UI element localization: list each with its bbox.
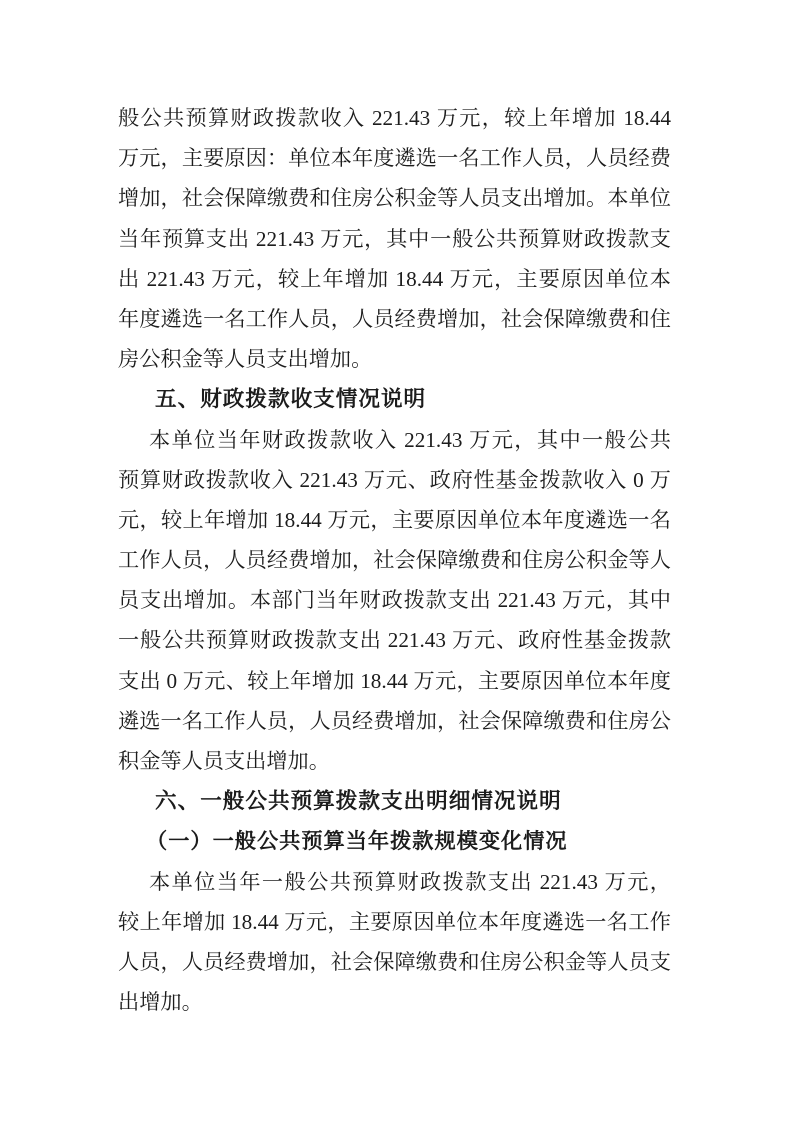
section6-subheading: （一）一般公共预算当年拨款规模变化情况 bbox=[118, 821, 671, 861]
text-line: 人员，人员经费增加，社会保障缴费和住房公积金等人员支 bbox=[118, 942, 671, 982]
text-line: 般公共预算财政拨款收入 221.43 万元，较上年增加 18.44 bbox=[118, 98, 671, 138]
text-line: 房公积金等人员支出增加。 bbox=[118, 339, 671, 379]
text-line: 工作人员，人员经费增加，社会保障缴费和住房公积金等人 bbox=[118, 540, 671, 580]
text-block: 般公共预算财政拨款收入 221.43 万元，较上年增加 18.44 万元，主要原… bbox=[118, 98, 671, 1022]
text-line: 元，较上年增加 18.44 万元，主要原因单位本年度遴选一名 bbox=[118, 500, 671, 540]
document-page: 般公共预算财政拨款收入 221.43 万元，较上年增加 18.44 万元，主要原… bbox=[0, 0, 793, 1122]
text-line: 积金等人员支出增加。 bbox=[118, 741, 671, 781]
text-line: 出 221.43 万元，较上年增加 18.44 万元，主要原因单位本 bbox=[118, 259, 671, 299]
section6-heading: 六、一般公共预算拨款支出明细情况说明 bbox=[118, 781, 671, 821]
text-line: 较上年增加 18.44 万元，主要原因单位本年度遴选一名工作 bbox=[118, 902, 671, 942]
text-line: 本单位当年一般公共预算财政拨款支出 221.43 万元， bbox=[118, 862, 671, 902]
text-line: 本单位当年财政拨款收入 221.43 万元，其中一般公共 bbox=[118, 420, 671, 460]
text-line: 增加，社会保障缴费和住房公积金等人员支出增加。本单位 bbox=[118, 178, 671, 218]
text-line: 年度遴选一名工作人员，人员经费增加，社会保障缴费和住 bbox=[118, 299, 671, 339]
text-line: 一般公共预算财政拨款支出 221.43 万元、政府性基金拨款 bbox=[118, 620, 671, 660]
section5-heading: 五、财政拨款收支情况说明 bbox=[118, 379, 671, 419]
text-line: 出增加。 bbox=[118, 982, 671, 1022]
text-line: 遴选一名工作人员，人员经费增加，社会保障缴费和住房公 bbox=[118, 701, 671, 741]
text-line: 当年预算支出 221.43 万元，其中一般公共预算财政拨款支 bbox=[118, 219, 671, 259]
text-line: 万元，主要原因：单位本年度遴选一名工作人员，人员经费 bbox=[118, 138, 671, 178]
text-line: 员支出增加。本部门当年财政拨款支出 221.43 万元，其中 bbox=[118, 580, 671, 620]
text-line: 预算财政拨款收入 221.43 万元、政府性基金拨款收入 0 万 bbox=[118, 460, 671, 500]
text-line: 支出 0 万元、较上年增加 18.44 万元，主要原因单位本年度 bbox=[118, 661, 671, 701]
